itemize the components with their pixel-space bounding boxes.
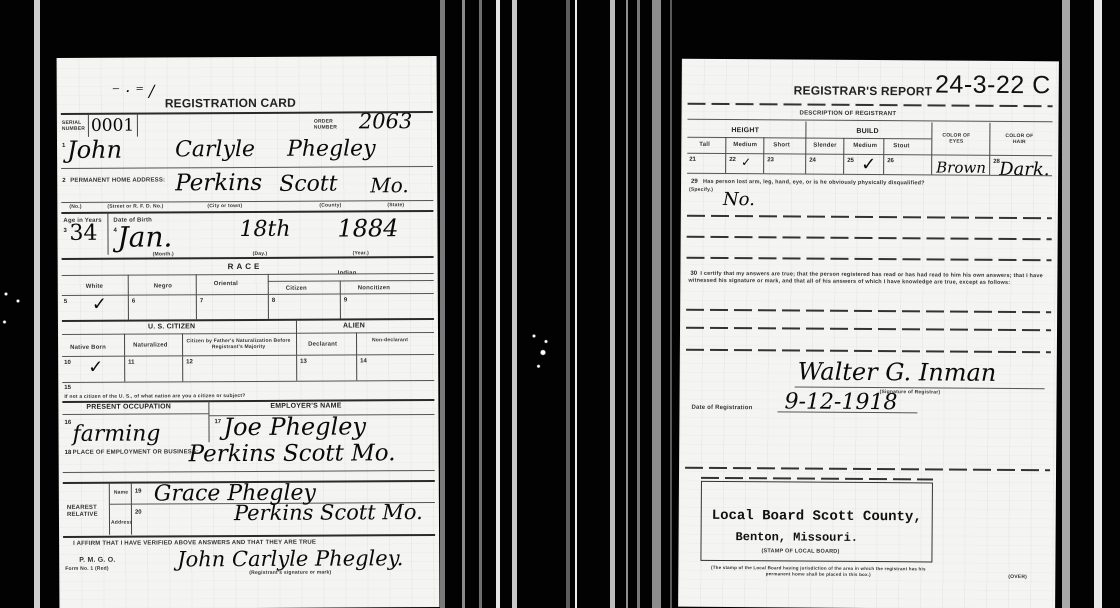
alien-heading: ALIEN bbox=[343, 322, 365, 329]
q29-label: Has person lost arm, leg, hand, eye, or … bbox=[703, 179, 925, 187]
checkmark-icon: ✓ bbox=[92, 294, 107, 315]
divider bbox=[686, 327, 1051, 331]
address-label: PERMANENT HOME ADDRESS: bbox=[70, 177, 165, 183]
film-streak bbox=[670, 0, 672, 608]
field-number: 21 bbox=[689, 157, 696, 163]
affirmation-text: I AFFIRM THAT I HAVE VERIFIED ABOVE ANSW… bbox=[73, 540, 316, 547]
film-streak bbox=[626, 0, 628, 608]
hair-color-value: Dark. bbox=[999, 159, 1050, 180]
field-number: 24 bbox=[809, 158, 816, 164]
dob-year: 1884 bbox=[337, 214, 398, 242]
field-number: 15 bbox=[64, 385, 71, 391]
registrars-report-back: REGISTRAR'S REPORT 24-3-22 C DESCRIPTION… bbox=[678, 59, 1059, 608]
report-title: REGISTRAR'S REPORT bbox=[794, 83, 933, 98]
divider bbox=[805, 122, 806, 174]
pencil-mark: ⁻ · ⁼ / bbox=[112, 81, 155, 100]
divider bbox=[843, 138, 844, 174]
divider bbox=[63, 534, 435, 537]
q15-label: If not a citizen of the U. S., of what n… bbox=[64, 393, 245, 400]
divider bbox=[685, 467, 1050, 471]
occupation-value: farming bbox=[72, 421, 160, 446]
divider bbox=[131, 483, 132, 535]
race-column-indian-citizen: Citizen bbox=[286, 286, 307, 292]
form-id: P. M. G. O. bbox=[79, 557, 115, 564]
registration-card-front: ⁻ · ⁼ / REGISTRATION CARD SERIAL NUMBER … bbox=[57, 56, 440, 608]
hair-color-label: COLOR OF HAIR bbox=[999, 133, 1039, 145]
divider bbox=[61, 210, 433, 213]
film-streak bbox=[637, 0, 640, 608]
race-column-negro: Negro bbox=[154, 283, 172, 289]
divider bbox=[268, 280, 434, 282]
divider bbox=[340, 281, 341, 319]
field-number: 8 bbox=[272, 298, 275, 304]
address-county: Scott bbox=[279, 172, 337, 197]
film-streak bbox=[496, 0, 500, 608]
field-number: 2 bbox=[62, 178, 65, 184]
citizen-column-by-father: Citizen by Father's Naturalization Befor… bbox=[186, 338, 291, 351]
divider bbox=[62, 413, 208, 415]
serial-number-value: 0001 bbox=[91, 116, 134, 136]
field-number: 23 bbox=[767, 157, 774, 163]
divider bbox=[989, 123, 990, 175]
build-column-medium: Medium bbox=[853, 143, 877, 149]
film-streak bbox=[34, 0, 40, 608]
field-number: 29 bbox=[691, 179, 698, 185]
field-number: 26 bbox=[887, 158, 894, 164]
age-value: 34 bbox=[69, 221, 97, 246]
dob-day: 18th bbox=[239, 217, 290, 242]
registrant-last-name: Phegley bbox=[287, 136, 376, 161]
divider bbox=[62, 256, 434, 259]
divider bbox=[687, 137, 931, 140]
stamp-line-location: Benton, Missouri. bbox=[736, 530, 859, 545]
registration-date-label: Date of Registration bbox=[691, 405, 752, 411]
checkmark-icon: ✓ bbox=[861, 154, 876, 175]
divider bbox=[208, 400, 209, 442]
field-number: 9 bbox=[344, 297, 347, 303]
film-streak bbox=[575, 0, 577, 608]
field-number: 25 bbox=[847, 158, 854, 164]
divider bbox=[196, 274, 197, 319]
q29-specify-label: (Specify.) bbox=[689, 187, 713, 193]
registrant-signature: John Carlyle Phegley. bbox=[177, 546, 403, 571]
nearest-relative-label: NEAREST RELATIVE bbox=[67, 505, 107, 519]
relative-address-label: Address bbox=[111, 520, 132, 526]
alien-column-non-declarant: Non-declarant bbox=[370, 337, 410, 343]
field-number: 4 bbox=[113, 228, 116, 234]
divider bbox=[137, 115, 138, 137]
citizen-heading: U. S. CITIZEN bbox=[148, 323, 195, 330]
field-number: 22 bbox=[729, 157, 736, 163]
divider bbox=[686, 349, 1051, 353]
divider bbox=[107, 213, 108, 255]
stamp-line-board: Local Board Scott County, bbox=[712, 508, 922, 525]
card-title: REGISTRATION CARD bbox=[165, 96, 296, 111]
divider bbox=[883, 138, 884, 174]
checkmark-icon: ✓ bbox=[88, 357, 103, 378]
divider bbox=[687, 173, 1052, 177]
field-number: 10 bbox=[64, 360, 71, 366]
employer-value: Joe Phegley bbox=[223, 412, 366, 441]
divider bbox=[687, 257, 1052, 261]
divider bbox=[687, 215, 1052, 219]
field-number: 17 bbox=[214, 419, 221, 425]
divider bbox=[686, 309, 1051, 313]
divider bbox=[62, 332, 434, 335]
divider bbox=[62, 318, 434, 321]
race-heading: RACE bbox=[228, 262, 263, 271]
divider bbox=[62, 293, 434, 296]
address-city: Perkins bbox=[175, 170, 262, 196]
sublabel: (No.) bbox=[69, 204, 81, 210]
description-heading: DESCRIPTION OF REGISTRANT bbox=[800, 111, 897, 118]
film-streak bbox=[440, 0, 445, 608]
film-streak bbox=[610, 0, 615, 608]
field-number: 11 bbox=[128, 360, 134, 366]
checkmark-icon: ✓ bbox=[741, 155, 751, 169]
field-number: 3 bbox=[63, 228, 66, 234]
divider bbox=[128, 275, 129, 320]
divider bbox=[701, 477, 933, 480]
serial-number-label: SERIAL NUMBER bbox=[62, 120, 86, 132]
field-number: 14 bbox=[360, 358, 367, 364]
race-column-oriental: Oriental bbox=[214, 281, 238, 287]
field-number: 16 bbox=[64, 420, 71, 426]
divider bbox=[687, 119, 1052, 123]
employer-heading: EMPLOYER'S NAME bbox=[270, 403, 341, 410]
signature-label: (Registrant's signature or mark) bbox=[249, 570, 331, 576]
place-of-employment-value: Perkins Scott Mo. bbox=[189, 440, 396, 467]
race-column-indian-noncitizen: Noncitizen bbox=[358, 285, 390, 291]
divider bbox=[124, 334, 125, 382]
alien-column-declarant: Declarant bbox=[308, 342, 337, 348]
divider bbox=[931, 122, 932, 174]
height-column-tall: Tall bbox=[699, 142, 710, 148]
form-number: Form No. 1 (Red) bbox=[65, 566, 109, 572]
sublabel: (County) bbox=[319, 203, 341, 209]
eye-color-label: COLOR OF EYES bbox=[936, 132, 976, 144]
over-note: (OVER) bbox=[1008, 574, 1027, 580]
field-number: 1 bbox=[62, 143, 65, 149]
divider bbox=[182, 333, 183, 381]
record-stamp-id: 24-3-22 C bbox=[935, 70, 1051, 100]
film-streak bbox=[512, 0, 517, 608]
divider bbox=[62, 273, 434, 276]
q30-certification-text: I certify that my answers are true; that… bbox=[688, 271, 1050, 288]
stamp-note: (The stamp of the Local Board having jur… bbox=[702, 565, 934, 579]
film-streak bbox=[1094, 0, 1102, 608]
dob-month: Jan. bbox=[117, 220, 172, 253]
divider bbox=[61, 200, 433, 203]
film-streak bbox=[462, 0, 465, 608]
divider bbox=[88, 115, 89, 137]
local-board-stamp: Local Board Scott County, Benton, Missou… bbox=[700, 481, 933, 563]
build-heading: BUILD bbox=[856, 128, 878, 135]
field-number: 20 bbox=[135, 510, 142, 516]
sublabel: (City or town) bbox=[207, 203, 242, 209]
citizen-column-naturalized: Naturalized bbox=[133, 342, 168, 348]
race-column-white: White bbox=[86, 284, 103, 290]
order-number-label: ORDER NUMBER bbox=[314, 119, 342, 131]
registrar-signature: Walter G. Inman bbox=[798, 358, 997, 387]
height-column-short: Short bbox=[773, 142, 790, 148]
build-column-stout: Stout bbox=[893, 143, 909, 149]
film-streak bbox=[652, 0, 661, 608]
build-column-slender: Slender bbox=[813, 143, 836, 149]
registrant-middle-name: Carlyle bbox=[175, 137, 255, 162]
citizen-column-native-born: Native Born bbox=[70, 345, 106, 351]
divider bbox=[109, 483, 110, 535]
q29-answer: No. bbox=[723, 189, 755, 210]
field-number: 12 bbox=[186, 359, 193, 365]
field-number: 7 bbox=[200, 298, 203, 304]
occupation-heading: PRESENT OCCUPATION bbox=[86, 403, 171, 410]
registrant-first-name: John bbox=[67, 136, 122, 164]
place-of-employment-label: PLACE OF EMPLOYMENT OR BUSINESS: bbox=[73, 449, 199, 456]
field-number: 5 bbox=[64, 299, 67, 305]
divider bbox=[687, 236, 1052, 240]
film-streak bbox=[1062, 0, 1070, 608]
field-number: 13 bbox=[300, 359, 307, 365]
divider bbox=[61, 166, 433, 169]
address-state: Mo. bbox=[370, 173, 409, 197]
field-number: 6 bbox=[132, 299, 135, 305]
order-number-value: 2063 bbox=[359, 109, 413, 133]
height-heading: HEIGHT bbox=[731, 127, 759, 134]
film-dust bbox=[525, 325, 555, 380]
height-column-medium: Medium bbox=[733, 142, 757, 148]
sublabel: (Street or R. F. D. No.) bbox=[107, 203, 163, 209]
divider bbox=[725, 137, 726, 173]
film-streak bbox=[479, 0, 482, 608]
sublabel: (State) bbox=[387, 202, 404, 208]
film-dust bbox=[0, 280, 30, 350]
relative-name-label: Name bbox=[114, 490, 128, 496]
field-number: 19 bbox=[135, 489, 142, 495]
film-streak bbox=[566, 0, 570, 608]
divider bbox=[763, 137, 764, 173]
relative-address-value: Perkins Scott Mo. bbox=[234, 500, 423, 525]
divider bbox=[62, 380, 434, 383]
divider bbox=[688, 103, 1053, 107]
stamp-caption: (STAMP OF LOCAL BOARD) bbox=[761, 548, 839, 555]
divider bbox=[296, 320, 297, 381]
field-number: 18 bbox=[65, 450, 72, 456]
divider bbox=[62, 354, 434, 357]
divider bbox=[356, 332, 357, 380]
divider bbox=[63, 470, 435, 473]
